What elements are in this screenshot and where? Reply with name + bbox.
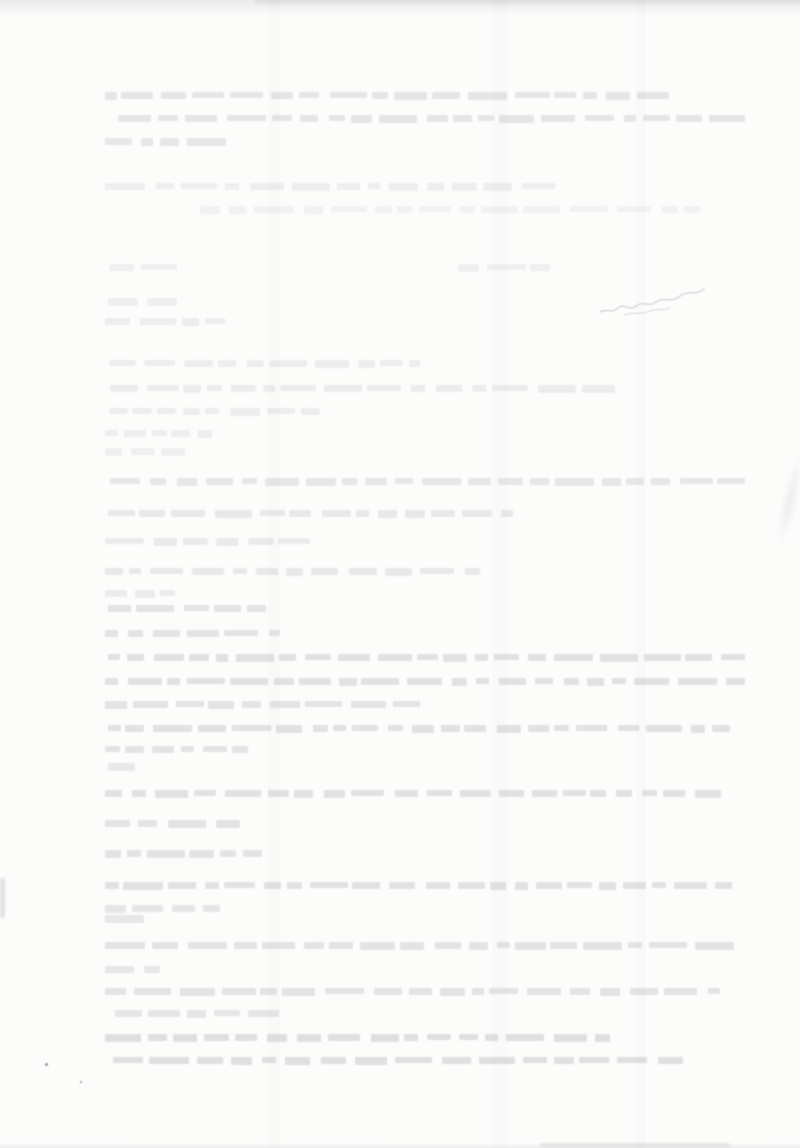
word-smudge (538, 385, 576, 393)
word-smudge (248, 538, 274, 545)
word-smudge (153, 725, 192, 732)
word-smudge (695, 942, 734, 950)
word-smudge (204, 1034, 229, 1041)
word-smudge (385, 568, 412, 576)
word-smudge (185, 115, 217, 122)
word-smudge (108, 725, 121, 731)
word-smudge (458, 882, 485, 889)
word-smudge (149, 1057, 189, 1064)
word-smudge (105, 988, 126, 995)
word-smudge (294, 790, 313, 798)
ghost-text-line (105, 630, 280, 638)
word-smudge (576, 725, 607, 731)
word-smudge (216, 654, 228, 662)
word-smudge (649, 942, 687, 948)
word-smudge (468, 478, 491, 485)
word-smudge (123, 882, 163, 890)
word-smudge (161, 448, 185, 456)
word-smudge (522, 183, 555, 189)
word-smudge (183, 408, 200, 415)
word-smudge (617, 206, 651, 212)
word-smudge (404, 1034, 418, 1041)
word-smudge (233, 568, 247, 574)
word-smudge (128, 678, 162, 685)
word-smudge (358, 360, 375, 368)
word-smudge (155, 790, 188, 798)
word-smudge (282, 988, 315, 996)
ghost-text-line (105, 882, 740, 890)
word-smudge (310, 882, 348, 888)
ghost-text-line (108, 510, 520, 518)
word-smudge (626, 478, 644, 485)
word-smudge (305, 654, 331, 660)
word-smudge (342, 478, 357, 485)
ghost-text-line (105, 538, 310, 546)
word-smudge (187, 138, 226, 146)
ghost-text-line (108, 725, 730, 733)
word-smudge (395, 478, 413, 484)
word-smudge (355, 1057, 387, 1065)
word-smudge (331, 206, 367, 212)
word-smudge (268, 790, 289, 797)
word-smudge (299, 92, 319, 98)
word-smudge (171, 510, 205, 517)
ghost-text-line (105, 988, 725, 996)
word-smudge (105, 915, 144, 923)
word-smudge (188, 942, 227, 949)
word-smudge (306, 478, 336, 486)
right-edge-smudge (772, 449, 800, 550)
ghost-text-line (105, 183, 560, 191)
word-smudge (262, 942, 295, 949)
word-smudge (134, 988, 171, 995)
word-smudge (460, 206, 475, 213)
ghost-text-line (110, 385, 620, 393)
word-smudge (203, 905, 220, 912)
word-smudge (276, 725, 302, 733)
ghost-text-line (110, 264, 182, 272)
word-smudge (113, 1057, 143, 1063)
word-smudge (585, 115, 614, 121)
word-smudge (427, 790, 452, 796)
word-smudge (372, 92, 388, 99)
word-smudge (374, 988, 402, 995)
word-smudge (121, 92, 153, 99)
word-smudge (530, 478, 549, 485)
word-smudge (181, 183, 217, 189)
word-smudge (691, 725, 705, 733)
word-smudge (590, 790, 606, 797)
ghost-text-line (105, 568, 480, 576)
word-smudge (612, 678, 626, 684)
word-smudge (144, 360, 175, 366)
word-smudge (352, 725, 378, 731)
word-smudge (322, 510, 351, 517)
word-smudge (680, 478, 713, 484)
word-smudge (717, 478, 745, 484)
word-smudge (394, 92, 427, 100)
word-smudge (419, 206, 451, 212)
word-smudge (708, 988, 720, 994)
word-smudge (458, 264, 479, 272)
word-smudge (634, 678, 669, 685)
word-smudge (389, 882, 415, 889)
word-smudge (248, 1010, 279, 1017)
word-smudge (339, 678, 357, 686)
word-smudge (105, 138, 132, 145)
word-smudge (105, 1034, 141, 1042)
ghost-text-line (105, 790, 740, 798)
word-smudge (125, 725, 144, 732)
word-smudge (329, 115, 345, 121)
word-smudge (600, 988, 620, 996)
word-smudge (356, 510, 369, 517)
word-smudge (321, 1057, 346, 1064)
word-smudge (269, 630, 280, 636)
word-smudge (523, 1057, 547, 1063)
word-smudge (651, 478, 670, 485)
word-smudge (492, 385, 528, 391)
ghost-text-line (105, 1034, 610, 1042)
bottom-edge-dark-segment (540, 1143, 730, 1147)
word-smudge (452, 183, 477, 191)
word-smudge (469, 942, 488, 950)
word-smudge (220, 850, 236, 857)
word-smudge (712, 725, 730, 732)
ghost-text-line (105, 590, 175, 598)
word-smudge (490, 882, 506, 890)
word-smudge (726, 678, 745, 685)
signature-scribble (598, 284, 706, 320)
word-smudge (264, 882, 281, 889)
word-smudge (125, 746, 144, 753)
word-smudge (393, 701, 420, 707)
word-smudge (230, 678, 268, 685)
word-smudge (177, 478, 197, 486)
word-smudge (587, 678, 604, 686)
word-smudge (431, 510, 455, 517)
word-smudge (105, 850, 121, 858)
word-smudge (352, 882, 380, 889)
word-smudge (530, 264, 550, 271)
word-smudge (550, 942, 577, 949)
word-smudge (147, 298, 177, 306)
word-smudge (110, 360, 136, 366)
word-smudge (132, 790, 146, 797)
word-smudge (279, 654, 296, 661)
word-smudge (536, 882, 562, 889)
word-smudge (263, 385, 275, 392)
ghost-text-line (105, 746, 255, 754)
word-smudge (528, 725, 549, 732)
word-smudge (271, 92, 293, 99)
word-smudge (616, 790, 632, 797)
word-smudge (229, 206, 246, 214)
word-smudge (230, 92, 263, 98)
word-smudge (532, 790, 557, 797)
word-smudge (674, 882, 707, 889)
word-smudge (709, 115, 745, 122)
word-smudge (541, 115, 575, 122)
word-smudge (479, 1057, 515, 1064)
ghost-text-line (108, 763, 140, 771)
word-smudge (127, 654, 144, 661)
ink-speck (45, 1063, 48, 1066)
word-smudge (161, 92, 186, 99)
scanner-band (492, 0, 508, 1148)
word-smudge (351, 115, 372, 123)
word-smudge (194, 790, 216, 796)
word-smudge (105, 92, 117, 100)
ghost-text-line (118, 115, 745, 123)
word-smudge (105, 630, 118, 637)
word-smudge (214, 605, 241, 612)
word-smudge (409, 988, 432, 995)
word-smudge (254, 206, 294, 213)
word-smudge (527, 988, 561, 995)
word-smudge (152, 942, 178, 949)
word-smudge (499, 115, 534, 123)
word-smudge (215, 510, 252, 518)
word-smudge (453, 115, 472, 122)
word-smudge (304, 206, 323, 214)
word-smudge (324, 790, 345, 798)
word-smudge (105, 790, 122, 797)
word-smudge (315, 360, 349, 368)
word-smudge (554, 92, 576, 98)
word-smudge (349, 568, 377, 575)
word-smudge (128, 630, 143, 637)
word-smudge (623, 882, 646, 889)
word-smudge (411, 385, 425, 392)
word-smudge (407, 678, 442, 685)
ghost-text-line (105, 942, 745, 950)
word-smudge (148, 1010, 180, 1017)
word-smudge (642, 790, 657, 796)
word-smudge (497, 725, 521, 733)
word-smudge (292, 183, 330, 191)
word-smudge (599, 882, 616, 890)
ghost-text-line (105, 138, 235, 146)
word-smudge (685, 654, 712, 661)
word-smudge (224, 630, 258, 636)
word-smudge (485, 1034, 498, 1041)
word-smudge (192, 568, 224, 575)
word-smudge (497, 942, 510, 948)
word-smudge (105, 318, 130, 325)
word-smudge (187, 1010, 206, 1018)
word-smudge (501, 510, 513, 517)
word-smudge (389, 183, 418, 191)
word-smudge (198, 430, 212, 438)
word-smudge (187, 678, 225, 684)
word-smudge (105, 183, 145, 190)
word-smudge (475, 654, 488, 661)
word-smudge (602, 478, 621, 486)
left-edge-mark (0, 878, 5, 918)
word-smudge (136, 605, 174, 612)
word-smudge (189, 654, 209, 661)
word-smudge (140, 318, 176, 325)
word-smudge (270, 360, 307, 367)
word-smudge (110, 264, 134, 271)
word-smudge (422, 478, 461, 485)
word-smudge (192, 92, 224, 98)
word-smudge (287, 882, 302, 889)
word-smudge (286, 568, 303, 576)
word-smudge (395, 790, 418, 797)
word-smudge (158, 115, 178, 121)
word-smudge (256, 568, 278, 575)
word-smudge (395, 1057, 432, 1063)
word-smudge (440, 988, 465, 996)
word-smudge (260, 510, 285, 516)
word-smudge (301, 408, 320, 415)
ghost-text-line (105, 850, 262, 858)
word-smudge (378, 654, 412, 661)
word-smudge (105, 882, 119, 889)
ghost-text-line (108, 654, 745, 662)
ghost-text-line (105, 966, 160, 974)
word-smudge (478, 115, 494, 121)
word-smudge (523, 206, 560, 213)
word-smudge (172, 905, 195, 912)
word-smudge (617, 1057, 647, 1063)
word-smudge (630, 988, 658, 995)
word-smudge (232, 746, 248, 753)
word-smudge (329, 942, 353, 949)
word-smudge (489, 988, 518, 994)
word-smudge (427, 183, 444, 191)
word-smudge (131, 448, 154, 455)
word-smudge (205, 408, 219, 414)
word-smudge (678, 678, 717, 685)
word-smudge (528, 654, 546, 661)
word-smudge (265, 478, 299, 486)
word-smudge (330, 92, 367, 98)
word-smudge (267, 408, 295, 414)
word-smudge (147, 850, 185, 858)
word-smudge (157, 408, 176, 414)
word-smudge (435, 942, 461, 949)
word-smudge (278, 538, 310, 544)
word-smudge (105, 430, 118, 436)
word-smudge (676, 115, 702, 122)
word-smudge (127, 850, 141, 857)
word-smudge (643, 115, 670, 121)
ghost-text-line (110, 478, 745, 486)
ghost-text-line (105, 905, 220, 913)
word-smudge (506, 1034, 544, 1041)
ghost-text-line (105, 915, 150, 923)
word-smudge (442, 1057, 471, 1064)
word-smudge (420, 568, 454, 574)
word-smudge (118, 115, 151, 122)
word-smudge (108, 605, 131, 612)
word-smudge (658, 1057, 683, 1064)
word-smudge (351, 790, 384, 796)
word-smudge (328, 1034, 360, 1041)
word-smudge (361, 678, 399, 685)
word-smudge (247, 360, 264, 367)
word-smudge (234, 942, 257, 949)
word-smudge (644, 654, 681, 661)
word-smudge (206, 478, 233, 485)
word-smudge (554, 1057, 574, 1064)
word-smudge (338, 654, 370, 661)
word-smudge (324, 385, 362, 392)
word-smudge (260, 988, 277, 995)
top-edge-shadow-strip (255, 0, 800, 7)
word-smudge (646, 725, 682, 732)
word-smudge (148, 1034, 167, 1041)
word-smudge (405, 510, 425, 518)
ghost-text-line (105, 92, 680, 100)
ghost-text-line (113, 1057, 683, 1065)
word-smudge (124, 430, 146, 437)
word-smudge (583, 92, 597, 99)
word-smudge (224, 882, 255, 888)
word-smudge (231, 1057, 252, 1065)
word-smudge (227, 115, 266, 121)
word-smudge (304, 942, 324, 949)
word-smudge (184, 605, 209, 611)
ghost-text-line (105, 318, 225, 326)
word-smudge (379, 115, 417, 123)
word-smudge (600, 654, 638, 662)
word-smudge (564, 678, 579, 685)
word-smudge (242, 701, 261, 708)
word-smudge (515, 882, 528, 890)
word-smudge (637, 92, 669, 99)
word-smudge (462, 510, 492, 517)
word-smudge (289, 510, 311, 517)
word-smudge (184, 360, 213, 367)
word-smudge (624, 115, 636, 122)
word-smudge (333, 725, 346, 731)
word-smudge (368, 183, 380, 189)
scanner-band (636, 0, 646, 1148)
word-smudge (628, 942, 642, 948)
word-smudge (208, 701, 234, 709)
ink-speck (80, 1081, 82, 1083)
word-smudge (515, 92, 550, 98)
ghost-text-line (110, 408, 320, 416)
word-smudge (595, 1034, 610, 1042)
word-smudge (110, 408, 128, 414)
word-smudge (570, 206, 608, 212)
word-smudge (110, 385, 138, 392)
word-smudge (235, 1034, 257, 1041)
word-smudge (243, 850, 262, 857)
word-smudge (231, 385, 256, 392)
word-smudge (426, 882, 450, 889)
word-smudge (441, 725, 460, 732)
word-smudge (156, 183, 174, 189)
word-smudge (427, 115, 448, 122)
ghost-text-line (105, 448, 185, 456)
word-smudge (472, 988, 484, 995)
word-smudge (203, 746, 227, 752)
word-smudge (375, 206, 392, 213)
word-smudge (132, 408, 152, 414)
word-smudge (105, 448, 122, 456)
word-smudge (105, 820, 130, 827)
word-smudge (154, 538, 177, 546)
word-smudge (365, 478, 387, 485)
word-smudge (662, 206, 678, 213)
word-smudge (160, 138, 179, 146)
